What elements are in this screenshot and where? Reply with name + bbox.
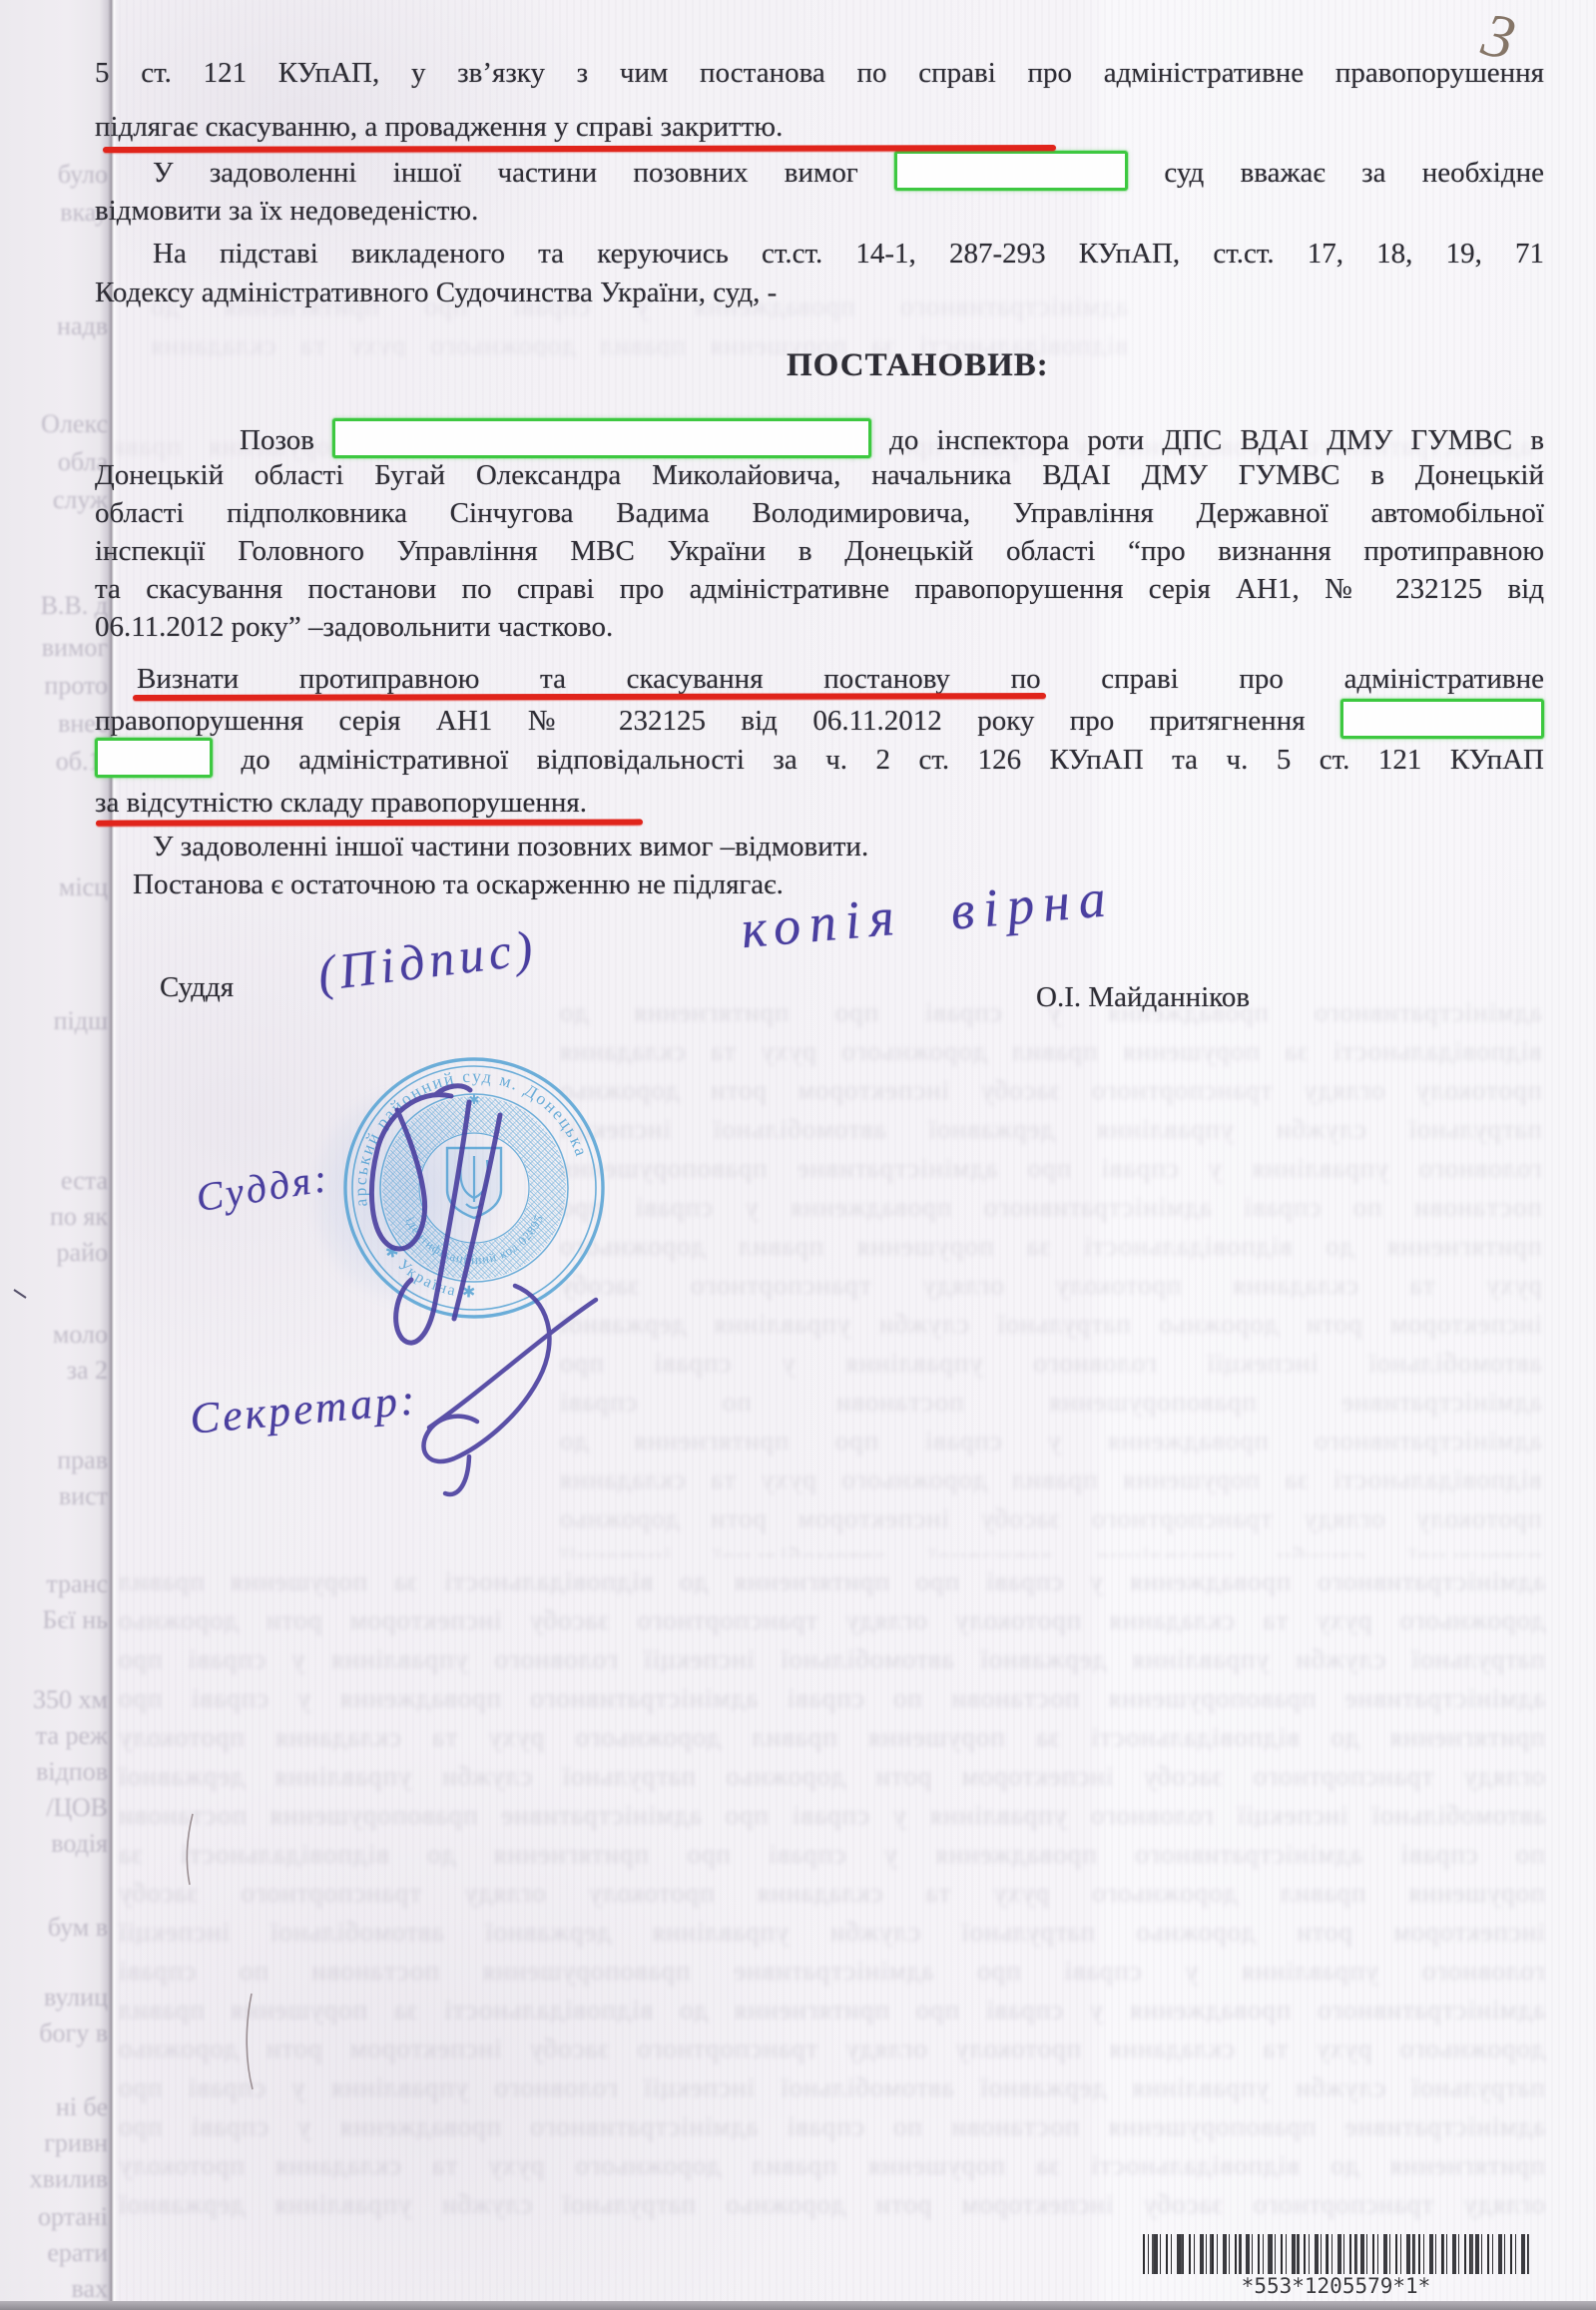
body-line: У задоволенні іншої частини позовних вим…	[95, 151, 1544, 191]
body-text: суд вважає за необхідне	[1164, 157, 1544, 189]
bleedthrough-fragment: вист	[59, 1481, 108, 1511]
bleedthrough-fragment: по як	[50, 1202, 108, 1232]
bleedthrough-fragment: богу в	[39, 2019, 108, 2048]
body-text: Позов	[240, 424, 314, 456]
secretary-signature	[423, 1286, 596, 1494]
bleedthrough-fragment: та реж	[36, 1721, 108, 1751]
scan-bottom-edge	[0, 2301, 1596, 2310]
bleedthrough-fragment: відпов	[36, 1757, 108, 1787]
body-line: відмовити за їх недоведеністю.	[95, 193, 1544, 229]
bleedthrough-fragment: хвилив	[30, 2164, 108, 2194]
body-line: інспекції Головного Управління МВС Украї…	[95, 533, 1544, 569]
body-line: області підполковника Сінчугова Вадима В…	[95, 495, 1544, 531]
barcode-text: *553*1205579*1*	[1143, 2274, 1529, 2298]
adjacent-page-edge: буловкаунадвОлексобласлужВ.В. двимогпрот…	[0, 0, 113, 2310]
body-line-underlined: Визнати протиправною та скасування поста…	[95, 661, 1544, 697]
body-line: 5 ст. 121 КУпАП, у зв’язку з чим постано…	[95, 55, 1544, 91]
bleedthrough-fragment: підш	[54, 1006, 108, 1036]
bleedthrough-fragment: вулиц	[44, 1983, 108, 2013]
body-text: У задоволенні іншої частини позовних вим…	[153, 157, 858, 189]
handwritten-signature-note: (Підпис)	[314, 918, 540, 1002]
bleedthrough-fragment: моло	[53, 1320, 108, 1350]
bleedthrough-texture: адміністративного провадження у справі п…	[118, 1562, 1545, 2221]
body-line: На підставі викладеного та керуючись ст.…	[95, 236, 1544, 272]
body-line: Донецькій області Бугай Олександра Микол…	[95, 457, 1544, 493]
bleedthrough-fragment: надв	[57, 311, 108, 341]
bleedthrough-fragment: водія	[51, 1829, 108, 1859]
bleedthrough-fragment: 350 хм	[33, 1685, 108, 1715]
bleedthrough-fragment: вах	[72, 2274, 108, 2304]
bleedthrough-fragment: /ЦОВ	[46, 1793, 108, 1823]
bleedthrough-fragment: гривн	[44, 2128, 108, 2158]
bleedthrough-fragment: еста	[61, 1166, 108, 1196]
body-line: Кодексу адміністративного Судочинства Ук…	[95, 275, 1544, 310]
body-text: до інспектора роти ДПС ВДАІ ДМУ ГУМВС в	[889, 424, 1544, 456]
red-underline	[96, 819, 643, 826]
body-line: У задоволенні іншої частини позовних вим…	[95, 829, 1544, 865]
bleedthrough-fragment: ні бе	[56, 2092, 108, 2122]
body-text: правопорушення серія АН1 № 232125 від 06…	[95, 705, 1306, 737]
body-line-underlined: підлягає скасуванню, а провадження у спр…	[95, 109, 1544, 145]
judge-label: Суддя	[160, 971, 234, 1004]
body-line: до адміністративної відповідальності за …	[95, 738, 1544, 778]
body-line: Позов до інспектора роти ДПС ВДАІ ДМУ ГУ…	[95, 418, 1544, 458]
body-line: 06.11.2012 року” –задовольнити частково.	[95, 609, 1544, 645]
handwritten-signatures	[180, 1038, 719, 1517]
resolution-heading: ПОСТАНОВИВ:	[787, 347, 1049, 384]
barcode	[1143, 2234, 1529, 2274]
bleedthrough-fragment: Бєї нь	[42, 1605, 108, 1635]
redaction-box	[332, 418, 871, 458]
redaction-box	[894, 151, 1128, 191]
body-line-underlined: за відсутністю складу правопорушення.	[95, 785, 1544, 821]
body-line: правопорушення серія АН1 № 232125 від 06…	[95, 699, 1544, 739]
judge-name: О.І. Майданніков	[1036, 981, 1250, 1014]
page-fold-line	[108, 0, 117, 2310]
bleedthrough-fragment: прав	[57, 1445, 108, 1475]
redaction-box	[1340, 699, 1544, 739]
bleedthrough-fragment: транс	[46, 1569, 108, 1599]
bleedthrough-fragment: ортані	[38, 2202, 108, 2232]
bleedthrough-fragment: бум в	[48, 1913, 108, 1943]
bleedthrough-fragment: за 2	[67, 1356, 108, 1386]
scanned-court-document-page: адміністративного провадження у справі п…	[0, 0, 1596, 2310]
redaction-box	[95, 738, 213, 778]
bleedthrough-fragment: ерати	[47, 2238, 108, 2268]
body-line: та скасування постанови по справі про ад…	[95, 571, 1544, 607]
bleedthrough-fragment: райо	[57, 1238, 108, 1268]
judge-signature	[371, 1086, 500, 1343]
body-text: до адміністративної відповідальності за …	[241, 744, 1544, 776]
